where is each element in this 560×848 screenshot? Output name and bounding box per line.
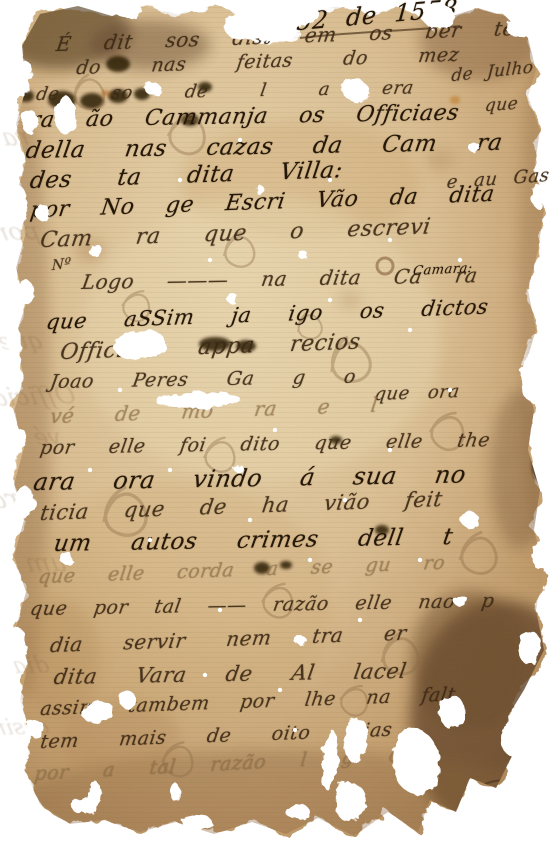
manuscript-line: que xyxy=(484,94,519,117)
manuscript-line: Camara: xyxy=(412,261,473,279)
manuscript-line: assim tambem por lhe na falt xyxy=(39,684,457,721)
handwriting-layer: 52 de 1558É dit sos dist em os ber tedo … xyxy=(0,0,560,848)
manuscript-line: vé de mo ra e l xyxy=(49,393,380,429)
manuscript-line: de Julho xyxy=(451,57,535,86)
manuscript-line: Joao Peres Ga g o xyxy=(49,366,358,393)
manuscript-line: por elle foi dito que elle the xyxy=(39,429,492,459)
manuscript-line: Officiaes appa recios xyxy=(58,330,362,366)
manuscript-photo: ra ão Cammanja os Officiaespor No ge Esc… xyxy=(0,0,560,848)
manuscript-line: dita Vara de Al lacel xyxy=(52,659,408,689)
manuscript-line: dia servir nem tra er xyxy=(49,621,409,658)
manuscript-line: ra ão Cammanja os Officiaes xyxy=(28,101,461,134)
manuscript-line: de so de l a era xyxy=(35,77,416,105)
manuscript-line: que ora xyxy=(373,381,461,405)
manuscript-line: que aSSim ja igo os dictos xyxy=(45,295,490,335)
manuscript-line: Nº xyxy=(51,255,71,274)
manuscript-line: que por tal —— razão elle nao p xyxy=(29,590,497,620)
manuscript-line: que elle corda a se gu ro xyxy=(37,552,447,588)
manuscript-line: um autos crimes dell t xyxy=(52,524,455,557)
